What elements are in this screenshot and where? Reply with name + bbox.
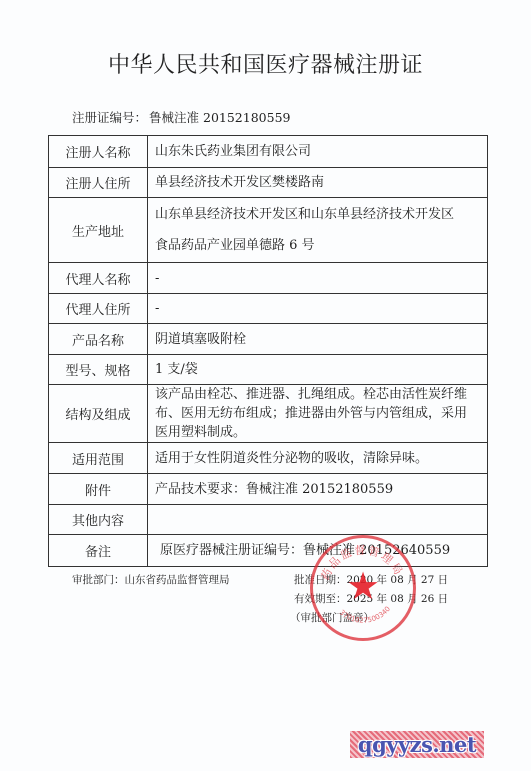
registration-number-line: 注册证编号：鲁械注准 20152180559 <box>70 108 290 126</box>
row-value: 山东朱氏药业集团有限公司 <box>148 136 488 168</box>
row-label: 产品名称 <box>49 324 148 355</box>
row-value: - <box>148 294 488 324</box>
row-value: 该产品由栓芯、推进器、扎绳组成。栓芯由活性炭纤维 布、医用无纺布组成；推进器由外… <box>148 385 488 443</box>
row-value: 原医疗器械注册证编号：鲁械注准 20152640559 <box>148 535 488 567</box>
table-row: 备注 原医疗器械注册证编号：鲁械注准 20152640559 <box>49 535 488 567</box>
row-value: 适用于女性阴道炎性分泌物的吸收，清除异味。 <box>148 443 488 474</box>
row-value: 1 支/袋 <box>148 355 488 385</box>
watermark-text: qgyyzs.net <box>358 732 476 757</box>
table-row: 代理人名称 - <box>49 263 488 294</box>
table-row: 注册人名称 山东朱氏药业集团有限公司 <box>49 136 488 168</box>
valid-until-date: 有效期至：2025 年 08 月 26 日 <box>294 591 448 606</box>
table-row: 适用范围 适用于女性阴道炎性分泌物的吸收，清除异味。 <box>49 443 488 474</box>
row-label: 其他内容 <box>49 505 148 535</box>
row-value <box>148 505 488 535</box>
table-row: 其他内容 <box>49 505 488 535</box>
table-row: 生产地址 山东单县经济技术开发区和山东单县经济技术开发区 食品药品产业园单德路 … <box>49 198 488 263</box>
table-row: 注册人住所 单县经济技术开发区樊楼路南 <box>49 168 488 198</box>
registration-number-label: 注册证编号： <box>72 110 147 125</box>
table-row: 产品名称 阴道填塞吸附栓 <box>49 324 488 355</box>
table-row: 结构及组成 该产品由栓芯、推进器、扎绳组成。栓芯由活性炭纤维 布、医用无纺布组成… <box>49 385 488 443</box>
site-watermark: qgyyzs.net <box>350 731 484 758</box>
seal-note: （审批部门盖章） <box>290 610 374 625</box>
row-label: 型号、规格 <box>49 355 148 385</box>
row-value: - <box>148 263 488 294</box>
value-line: 食品药品产业园单德路 6 号 <box>155 230 480 261</box>
table-row: 代理人住所 - <box>49 294 488 324</box>
value-line: 山东单县经济技术开发区和山东单县经济技术开发区 <box>155 199 480 230</box>
row-label: 代理人住所 <box>49 294 148 324</box>
row-label: 代理人名称 <box>49 263 148 294</box>
row-value: 阴道填塞吸附栓 <box>148 324 488 355</box>
row-label: 适用范围 <box>49 443 148 474</box>
value-line: 医用塑料制成。 <box>155 423 480 442</box>
certificate-title: 中华人民共和国医疗器械注册证 <box>0 48 531 79</box>
value-line: 布、医用无纺布组成；推进器由外管与内管组成，采用 <box>155 404 480 423</box>
row-label: 注册人名称 <box>49 136 148 168</box>
table-row: 附件 产品技术要求：鲁械注准 20152180559 <box>49 474 488 505</box>
approval-date: 批准日期：2020 年 08 月 27 日 <box>294 572 448 587</box>
row-label: 附件 <box>49 474 148 505</box>
value-line: 该产品由栓芯、推进器、扎绳组成。栓芯由活性炭纤维 <box>155 385 480 404</box>
approval-department: 审批部门：山东省药品监督管理局 <box>72 572 230 587</box>
row-label: 注册人住所 <box>49 168 148 198</box>
row-value: 山东单县经济技术开发区和山东单县经济技术开发区 食品药品产业园单德路 6 号 <box>148 198 488 263</box>
table-row: 型号、规格 1 支/袋 <box>49 355 488 385</box>
certificate-table: 注册人名称 山东朱氏药业集团有限公司 注册人住所 单县经济技术开发区樊楼路南 生… <box>48 135 488 567</box>
row-label: 生产地址 <box>49 198 148 263</box>
row-label: 结构及组成 <box>49 385 148 443</box>
row-value: 产品技术要求：鲁械注准 20152180559 <box>148 474 488 505</box>
row-value: 单县经济技术开发区樊楼路南 <box>148 168 488 198</box>
registration-number-value: 鲁械注准 20152180559 <box>149 110 290 125</box>
row-label: 备注 <box>49 535 148 567</box>
